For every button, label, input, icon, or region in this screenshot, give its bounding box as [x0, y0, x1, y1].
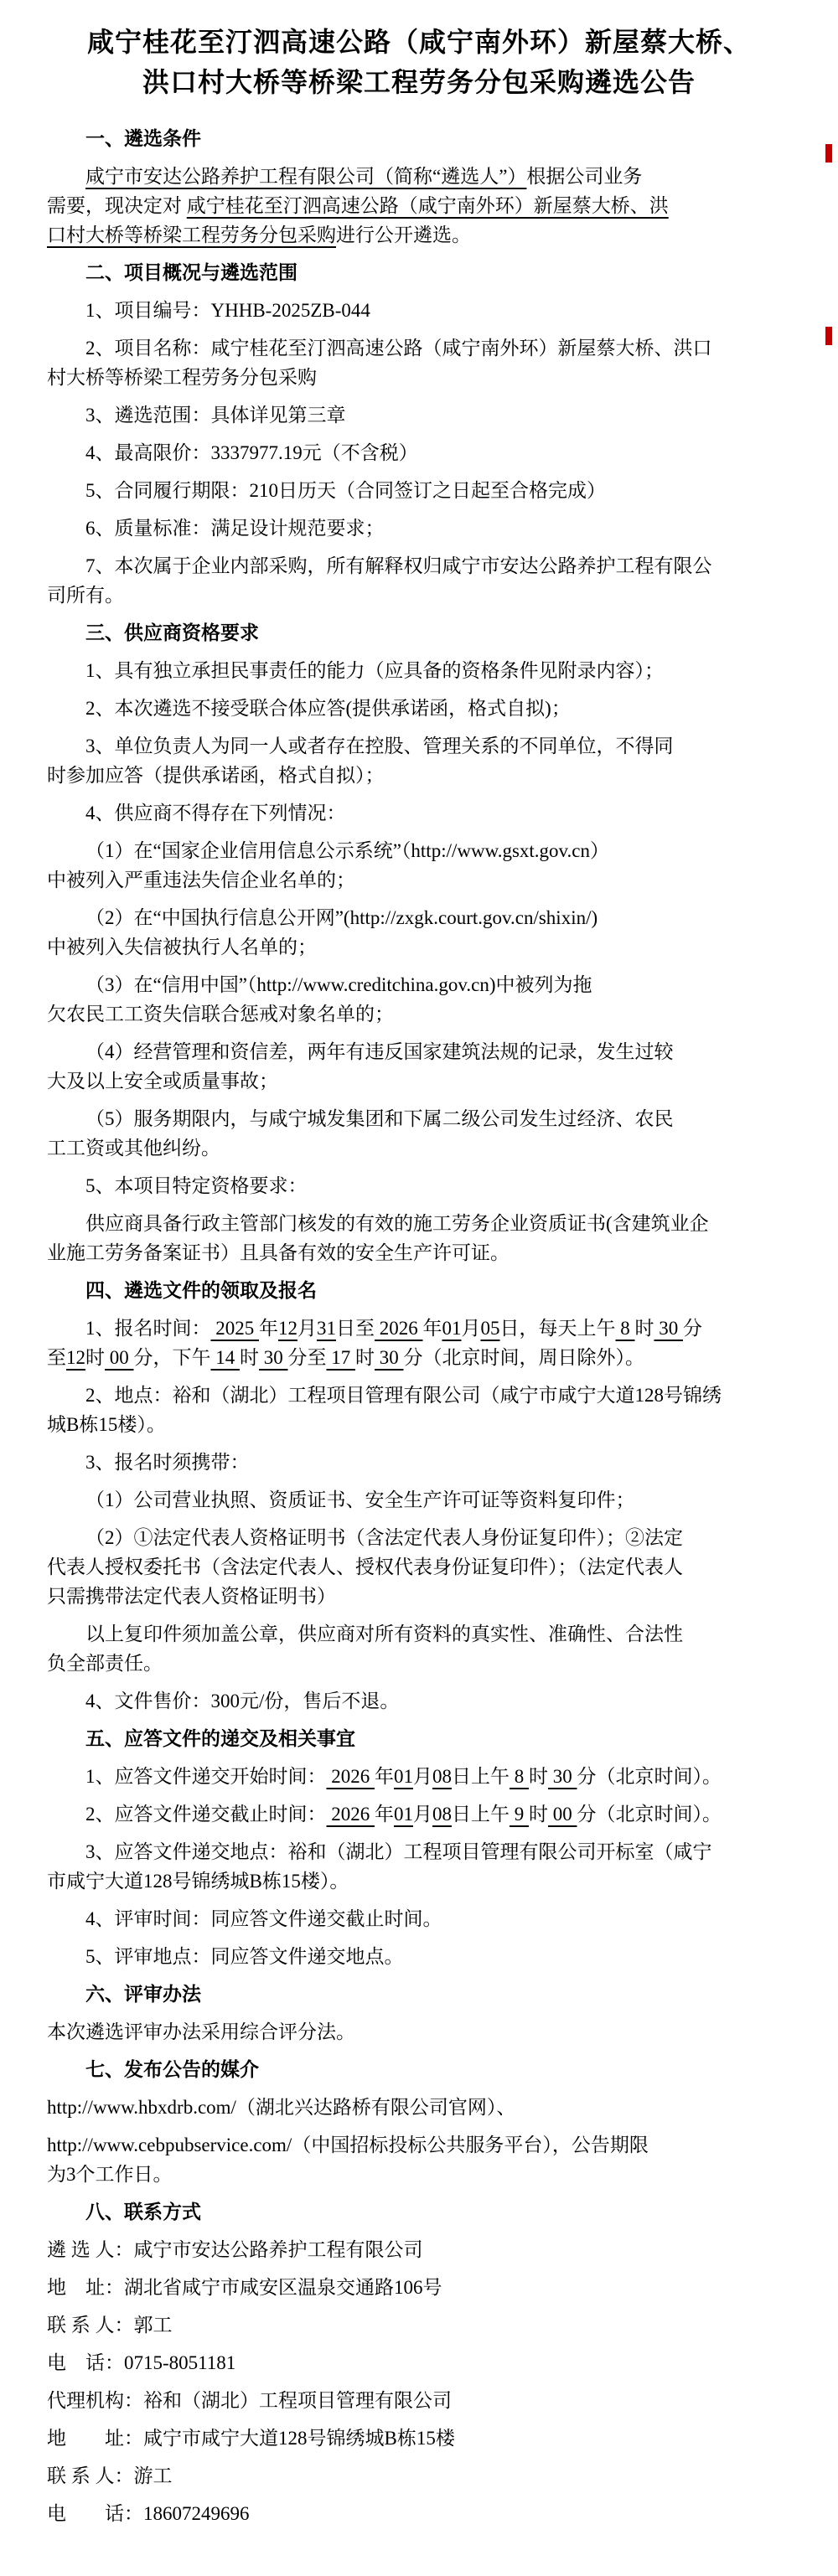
text: 月	[462, 1318, 481, 1339]
revision-mark	[825, 327, 832, 345]
paragraph: 1、报名时间： 2025 年12月31日至 2026 年01月05日，每天上午 …	[47, 1314, 791, 1372]
section-heading: 六、评审办法	[47, 1980, 791, 2009]
underlined-text: 00	[105, 1347, 134, 1368]
text: 时	[85, 1347, 105, 1368]
text: 6、质量标准：满足设计规范要求；	[85, 518, 385, 539]
text: 月	[297, 1318, 317, 1339]
paragraph: 7、本次属于企业内部采购，所有解释权归咸宁市安达公路养护工程有限公 司所有。	[47, 551, 791, 610]
text: 年	[259, 1318, 278, 1339]
text: 4、文件售价：300元/份，售后不退。	[85, 1691, 399, 1711]
underlined-text: 01	[394, 1766, 413, 1787]
text: 分（北京时间）。	[577, 1804, 722, 1825]
text: 5、合同履行期限：210日历天（合同签订之日起至合格完成）	[85, 480, 606, 501]
underlined-text: 2026	[375, 1318, 423, 1339]
underlined-text: 14	[211, 1347, 241, 1368]
text: 1、具有独立承担民事责任的能力（应具备的资格条件见附录内容）；	[85, 660, 664, 681]
text: 八、联系方式	[85, 2202, 201, 2222]
text: 时	[240, 1347, 259, 1368]
paragraph: 电 话：0715-8051181	[47, 2348, 791, 2377]
text: 时	[635, 1318, 654, 1339]
text: 时	[355, 1347, 375, 1368]
paragraph: 以上复印件须加盖公章，供应商对所有资料的真实性、准确性、合法性 负全部责任。	[47, 1619, 791, 1678]
text: 二、项目概况与遴选范围	[85, 262, 297, 283]
text: （3）在“信用中国”（http://www.creditchina.gov.cn…	[47, 974, 592, 1025]
text: 地 址：湖北省咸宁市咸安区温泉交通路106号	[47, 2277, 442, 2298]
underlined-text: 30	[375, 1347, 404, 1368]
paragraph: （1）公司营业执照、资质证书、安全生产许可证等资料复印件；	[47, 1485, 791, 1515]
text: 2、应答文件递交截止时间：	[85, 1804, 327, 1825]
paragraph: 3、报名时须携带：	[47, 1448, 791, 1477]
underlined-text: 30	[548, 1766, 577, 1787]
paragraph: http://www.hbxdrb.com/（湖北兴达路桥有限公司官网）、	[47, 2093, 791, 2122]
text: 三、供应商资格要求	[85, 622, 259, 643]
paragraph: 供应商具备行政主管部门核发的有效的施工劳务企业资质证书(含建筑业企 业施工劳务备…	[47, 1209, 791, 1267]
paragraph: （1）在“国家企业信用信息公示系统”（http://www.gsxt.gov.c…	[47, 836, 791, 895]
underlined-text: 17	[327, 1347, 356, 1368]
paragraph: 5、合同履行期限：210日历天（合同签订之日起至合格完成）	[47, 476, 791, 505]
paragraph: 代理机构：裕和（湖北）工程项目管理有限公司	[47, 2386, 791, 2415]
underlined-text: 00	[548, 1804, 577, 1825]
text: 时	[529, 1804, 548, 1825]
text: 年	[375, 1804, 394, 1825]
text: 联 系 人：游工	[47, 2465, 173, 2486]
underlined-text: 05	[481, 1318, 500, 1339]
announcement-document-page: 咸宁桂花至汀泗高速公路（咸宁南外环）新屋蔡大桥、 洪口村大桥等桥梁工程劳务分包采…	[0, 0, 838, 2576]
text: 3、应答文件递交地点：裕和（湖北）工程项目管理有限公司开标室（咸宁 市咸宁大道1…	[47, 1841, 712, 1892]
text: http://www.hbxdrb.com/（湖北兴达路桥有限公司官网）、	[47, 2097, 515, 2118]
text: 五、应答文件的递交及相关事宜	[85, 1728, 355, 1749]
text: 地 址：咸宁市咸宁大道128号锦绣城B栋15楼	[47, 2428, 455, 2449]
section-heading: 二、项目概况与遴选范围	[47, 258, 791, 287]
paragraph: （3）在“信用中国”（http://www.creditchina.gov.cn…	[47, 970, 791, 1029]
section-heading: 一、遴选条件	[47, 124, 791, 153]
paragraph: 遴 选 人：咸宁市安达公路养护工程有限公司	[47, 2235, 791, 2264]
text: 4、最高限价：3337977.19元（不含税）	[85, 442, 418, 463]
underlined-text: 2025	[211, 1318, 260, 1339]
title-line-1: 咸宁桂花至汀泗高速公路（咸宁南外环）新屋蔡大桥、	[47, 22, 791, 62]
text: 年	[375, 1766, 394, 1787]
text: 月	[413, 1804, 432, 1825]
text: （4）经营管理和资信差，两年有违反国家建筑法规的记录，发生过较 大及以上安全或质…	[47, 1041, 674, 1092]
underlined-text: 12	[66, 1347, 85, 1368]
text: 时	[529, 1766, 548, 1787]
underlined-text: 30	[654, 1318, 684, 1339]
paragraph: 1、具有独立承担民事责任的能力（应具备的资格条件见附录内容）；	[47, 656, 791, 685]
paragraph: 3、遴选范围：具体详见第三章	[47, 400, 791, 430]
text: （1）公司营业执照、资质证书、安全生产许可证等资料复印件；	[85, 1489, 635, 1510]
paragraph: 联 系 人：游工	[47, 2461, 791, 2491]
text: （1）在“国家企业信用信息公示系统”（http://www.gsxt.gov.c…	[47, 840, 609, 891]
paragraph: 2、应答文件递交截止时间： 2026 年01月08日上午 9 时 00 分（北京…	[47, 1799, 791, 1829]
section-heading: 七、发布公告的媒介	[47, 2055, 791, 2084]
text: 分，下午	[134, 1347, 211, 1368]
text: 日，每天上午	[500, 1318, 616, 1339]
text: 3、报名时须携带：	[85, 1452, 250, 1473]
paragraph: 2、项目名称：咸宁桂花至汀泗高速公路（咸宁南外环）新屋蔡大桥、洪口 村大桥等桥梁…	[47, 333, 791, 392]
paragraph: 地 址：咸宁市咸宁大道128号锦绣城B栋15楼	[47, 2424, 791, 2453]
text: （5）服务期限内，与咸宁城发集团和下属二级公司发生过经济、农民 工工资或其他纠纷…	[47, 1108, 674, 1159]
text: （2）①法定代表人资格证明书（含法定代表人身份证复印件）；②法定 代表人授权委托…	[47, 1527, 683, 1607]
paragraph: 5、本项目特定资格要求：	[47, 1171, 791, 1200]
paragraph: 1、项目编号：YHHB-2025ZB-044	[47, 296, 791, 325]
paragraph: 4、供应商不得存在下列情况：	[47, 798, 791, 828]
underlined-text: 12	[278, 1318, 297, 1339]
paragraph: 本次遴选评审办法采用综合评分法。	[47, 2017, 791, 2047]
paragraph: （2）在“中国执行信息公开网”(http://zxgk.court.gov.cn…	[47, 903, 791, 962]
text: （2）在“中国执行信息公开网”(http://zxgk.court.gov.cn…	[47, 907, 597, 958]
underlined-text: 9	[510, 1804, 529, 1825]
text: 一、遴选条件	[85, 128, 201, 149]
section-heading: 五、应答文件的递交及相关事宜	[47, 1724, 791, 1753]
paragraph: 1、应答文件递交开始时间： 2026 年01月08日上午 8 时 30 分（北京…	[47, 1762, 791, 1791]
text: 5、本项目特定资格要求：	[85, 1175, 308, 1196]
text: 七、发布公告的媒介	[85, 2059, 259, 2080]
text: 日上午	[452, 1766, 510, 1787]
text: 供应商具备行政主管部门核发的有效的施工劳务企业资质证书(含建筑业企 业施工劳务备…	[47, 1213, 709, 1263]
paragraph: 电 话：18607249696	[47, 2499, 791, 2528]
paragraph: 5、评审地点：同应答文件递交地点。	[47, 1942, 791, 1971]
text: 3、遴选范围：具体详见第三章	[85, 405, 346, 426]
text: 六、评审办法	[85, 1984, 201, 2005]
document-body: 一、遴选条件咸宁市安达公路养护工程有限公司（简称“遴选人”）根据公司业务 需要，…	[47, 124, 791, 2528]
underlined-text: 咸宁市安达公路养护工程有限公司（简称“遴选人”）	[85, 166, 526, 187]
section-heading: 八、联系方式	[47, 2197, 791, 2227]
text: 1、项目编号：YHHB-2025ZB-044	[85, 300, 370, 321]
underlined-text: 01	[394, 1804, 413, 1825]
text: 本次遴选评审办法采用综合评分法。	[47, 2021, 355, 2042]
text: 2、项目名称：咸宁桂花至汀泗高速公路（咸宁南外环）新屋蔡大桥、洪口 村大桥等桥梁…	[47, 338, 712, 388]
text: 2、地点：裕和（湖北）工程项目管理有限公司（咸宁市咸宁大道128号锦绣 城B栋1…	[47, 1385, 722, 1435]
text: http://www.cebpubservice.com/（中国招标投标公共服务…	[47, 2135, 649, 2185]
paragraph: 4、最高限价：3337977.19元（不含税）	[47, 438, 791, 467]
text: 分（北京时间）。	[577, 1766, 722, 1787]
underlined-text: 08	[432, 1804, 452, 1825]
text: 日上午	[452, 1804, 510, 1825]
paragraph: （4）经营管理和资信差，两年有违反国家建筑法规的记录，发生过较 大及以上安全或质…	[47, 1037, 791, 1096]
text: 进行公开遴选。	[336, 225, 471, 245]
paragraph: （2）①法定代表人资格证明书（含法定代表人身份证复印件）；②法定 代表人授权委托…	[47, 1523, 791, 1611]
text: 4、评审时间：同应答文件递交截止时间。	[85, 1908, 442, 1929]
underlined-text: 2026	[327, 1766, 375, 1787]
underlined-text: 31	[317, 1318, 336, 1339]
section-heading: 四、遴选文件的领取及报名	[47, 1276, 791, 1305]
paragraph: 6、质量标准：满足设计规范要求；	[47, 514, 791, 543]
underlined-text: 01	[442, 1318, 462, 1339]
underlined-text: 8	[510, 1766, 529, 1787]
paragraph: 2、地点：裕和（湖北）工程项目管理有限公司（咸宁市咸宁大道128号锦绣 城B栋1…	[47, 1381, 791, 1439]
title-line-2: 洪口村大桥等桥梁工程劳务分包采购遴选公告	[47, 62, 791, 102]
text: 5、评审地点：同应答文件递交地点。	[85, 1946, 404, 1967]
text: 日至	[336, 1318, 375, 1339]
revision-mark	[825, 144, 832, 163]
text: 7、本次属于企业内部采购，所有解释权归咸宁市安达公路养护工程有限公 司所有。	[47, 555, 712, 606]
text: 3、单位负责人为同一人或者存在控股、管理关系的不同单位，不得同 时参加应答（提供…	[47, 736, 674, 786]
underlined-text: 08	[432, 1766, 452, 1787]
paragraph: 联 系 人：郭工	[47, 2310, 791, 2340]
text: 年	[423, 1318, 442, 1339]
text: 分（北京时间，周日除外）。	[404, 1347, 645, 1368]
text: 联 系 人：郭工	[47, 2315, 173, 2336]
paragraph: 3、单位负责人为同一人或者存在控股、管理关系的不同单位，不得同 时参加应答（提供…	[47, 731, 791, 790]
paragraph: 4、文件售价：300元/份，售后不退。	[47, 1686, 791, 1716]
paragraph: （5）服务期限内，与咸宁城发集团和下属二级公司发生过经济、农民 工工资或其他纠纷…	[47, 1104, 791, 1163]
text: 电 话：0715-8051181	[47, 2352, 235, 2373]
text: 电 话：18607249696	[47, 2503, 250, 2524]
paragraph: 咸宁市安达公路养护工程有限公司（简称“遴选人”）根据公司业务 需要，现决定对 咸…	[47, 162, 791, 250]
paragraph: 地 址：湖北省咸宁市咸安区温泉交通路106号	[47, 2273, 791, 2302]
text: 4、供应商不得存在下列情况：	[85, 803, 346, 823]
text: 代理机构：裕和（湖北）工程项目管理有限公司	[47, 2390, 452, 2411]
paragraph: 4、评审时间：同应答文件递交截止时间。	[47, 1904, 791, 1933]
text: 1、应答文件递交开始时间：	[85, 1766, 327, 1787]
paragraph: http://www.cebpubservice.com/（中国招标投标公共服务…	[47, 2130, 791, 2189]
underlined-text: 2026	[327, 1804, 375, 1825]
text: 分至	[288, 1347, 327, 1368]
text: 2、本次遴选不接受联合体应答(提供承诺函，格式自拟)；	[85, 698, 571, 719]
text: 1、报名时间：	[85, 1318, 211, 1339]
text: 四、遴选文件的领取及报名	[85, 1280, 317, 1301]
section-heading: 三、供应商资格要求	[47, 618, 791, 648]
underlined-text: 8	[616, 1318, 635, 1339]
paragraph: 2、本次遴选不接受联合体应答(提供承诺函，格式自拟)；	[47, 694, 791, 723]
paragraph: 3、应答文件递交地点：裕和（湖北）工程项目管理有限公司开标室（咸宁 市咸宁大道1…	[47, 1837, 791, 1896]
text: 以上复印件须加盖公章，供应商对所有资料的真实性、准确性、合法性 负全部责任。	[47, 1624, 683, 1674]
text: 月	[413, 1766, 432, 1787]
document-title: 咸宁桂花至汀泗高速公路（咸宁南外环）新屋蔡大桥、 洪口村大桥等桥梁工程劳务分包采…	[47, 22, 791, 102]
underlined-text: 30	[259, 1347, 288, 1368]
text: 遴 选 人：咸宁市安达公路养护工程有限公司	[47, 2239, 423, 2260]
